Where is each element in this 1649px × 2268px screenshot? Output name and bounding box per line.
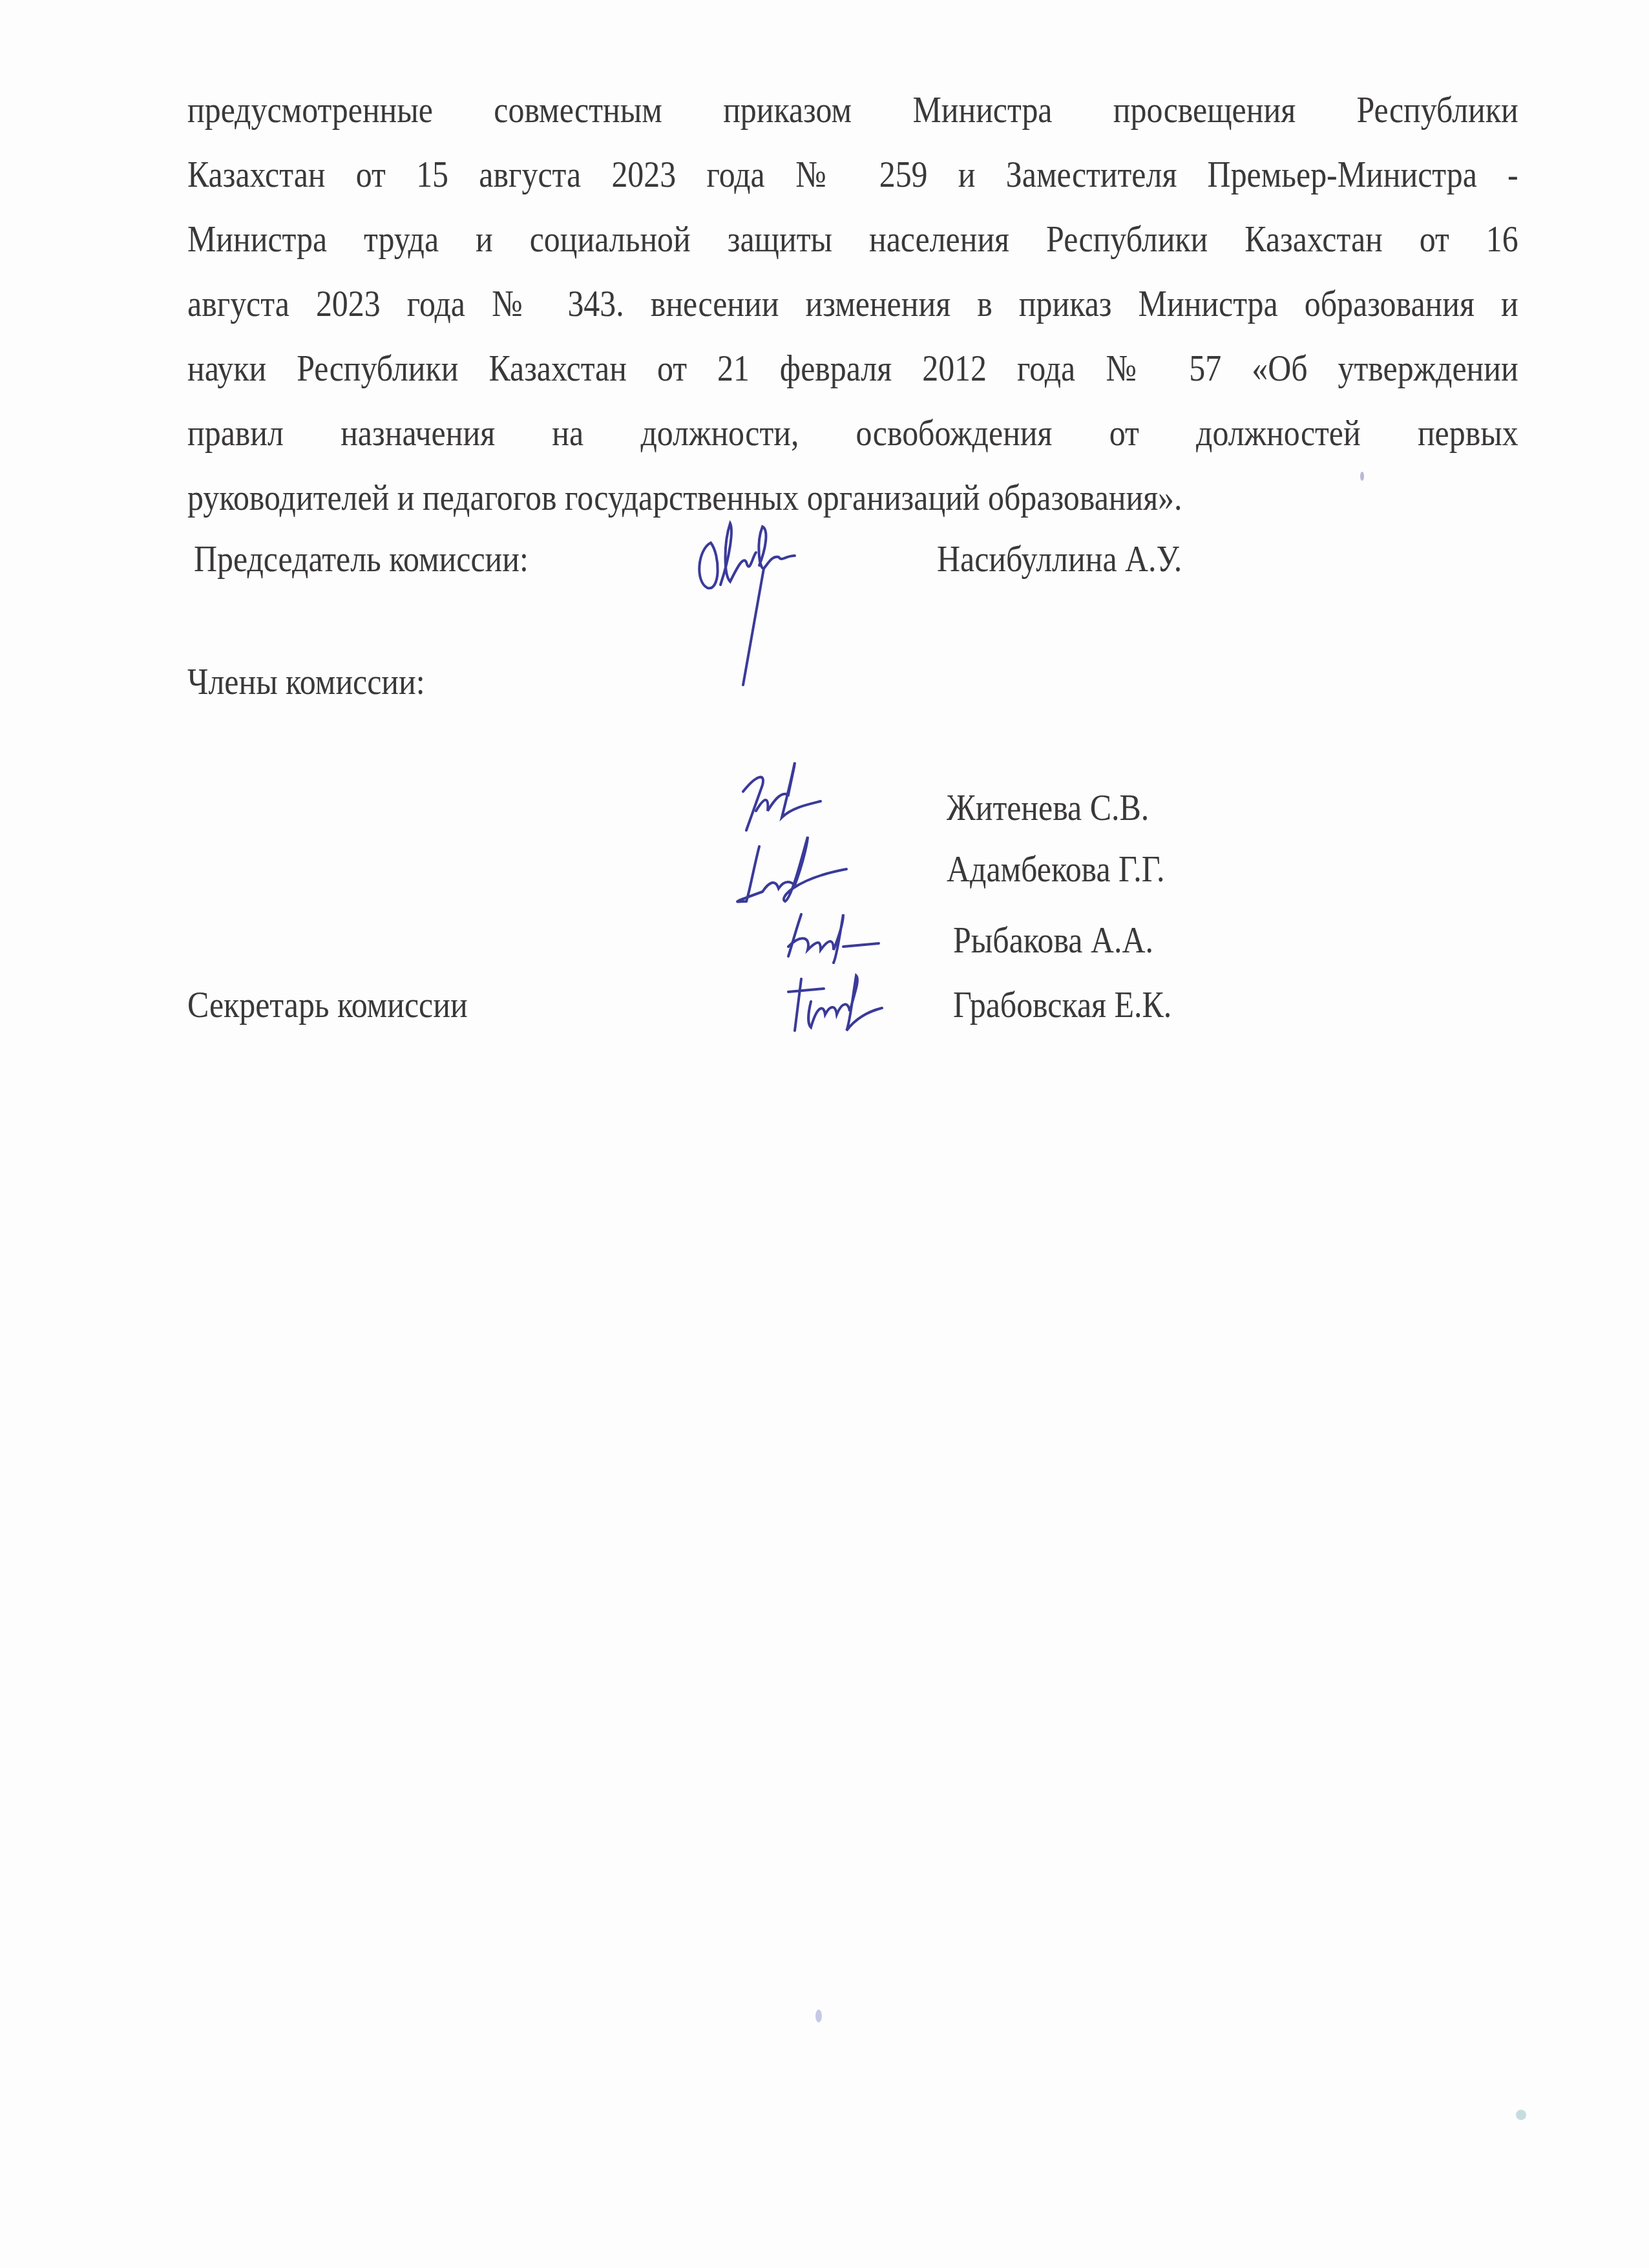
paragraph-line: правил назначения на должности, освобожд… (187, 401, 1518, 465)
secretary-name: Грабовская Е.К. (953, 982, 1171, 1027)
scan-artifact (815, 2010, 822, 2022)
chairman-name: Насибуллина А.У. (937, 536, 1182, 582)
paragraph-line: предусмотренные совместным приказом Мини… (187, 78, 1518, 142)
member-name: Адамбекова Г.Г. (947, 846, 1164, 892)
scan-artifact (1360, 472, 1364, 481)
chairman-signature-icon (691, 517, 834, 662)
member-signature-icon (724, 834, 853, 914)
paragraph-line: науки Республики Казахстан от 21 февраля… (187, 336, 1518, 401)
member-signature-icon (782, 908, 892, 969)
chairman-label: Председатель комиссии: (194, 536, 529, 582)
scan-artifact (1516, 2110, 1526, 2120)
member-name: Рыбакова А.А. (953, 918, 1153, 963)
members-label: Члены комиссии: (187, 659, 425, 704)
document-page: предусмотренные совместным приказом Мини… (0, 0, 1649, 2268)
member-name: Житенева С.В. (947, 785, 1149, 830)
paragraph-line: Казахстан от 15 августа 2023 года № 259 … (187, 142, 1518, 207)
member-signature-icon (730, 759, 834, 840)
secretary-signature-icon (785, 969, 895, 1037)
paragraph-line: Министра труда и социальной защиты насел… (187, 207, 1518, 271)
secretary-label: Секретарь комиссии (187, 982, 468, 1027)
body-paragraph: предусмотренные совместным приказом Мини… (187, 78, 1518, 530)
paragraph-line: руководителей и педагогов государственны… (187, 465, 1518, 530)
paragraph-line: августа 2023 года № 343. внесении измене… (187, 271, 1518, 336)
